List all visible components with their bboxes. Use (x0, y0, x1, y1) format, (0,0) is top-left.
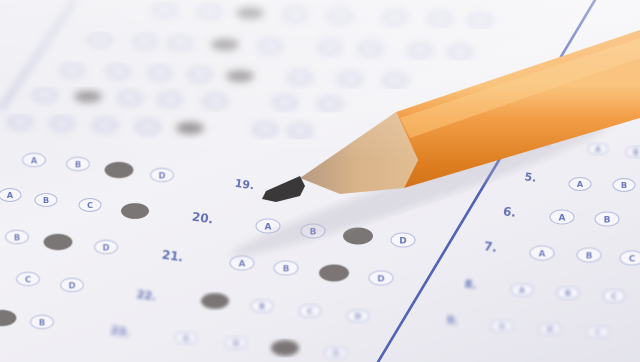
pencil (0, 0, 640, 362)
answer-sheet-photo: 19.ABC20.ABD21.ABD22.BCD23.ABDABDBDCDB 4… (0, 0, 640, 362)
photo-vignette (0, 0, 640, 362)
photo-canvas: 19.ABC20.ABD21.ABD22.BCD23.ABDABDBDCDB 4… (0, 0, 640, 362)
